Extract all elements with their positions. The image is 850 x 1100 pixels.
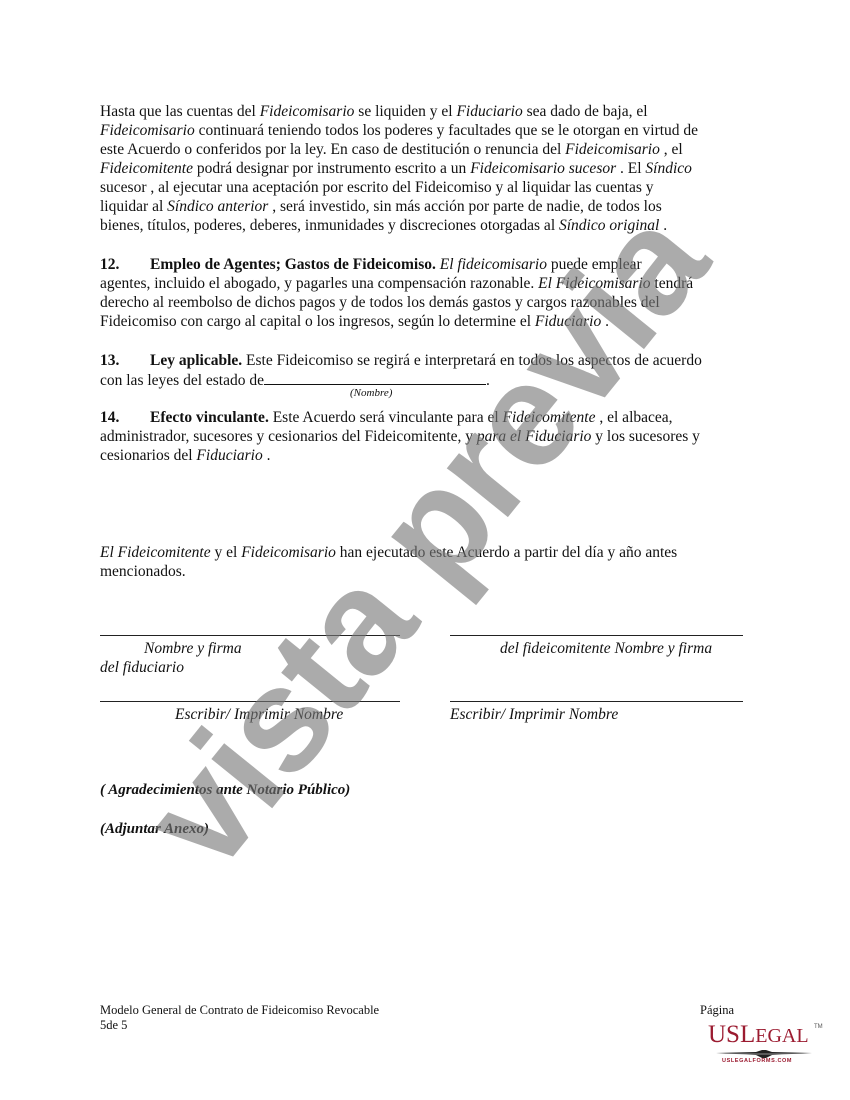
- text-line: El Fideicomitente y el Fideicomisario ha…: [100, 543, 750, 562]
- section-number: 12.: [100, 255, 150, 274]
- text-line: mencionados.: [100, 562, 750, 581]
- logo-url: USLEGALFORMS.COM: [722, 1058, 792, 1064]
- text-line: Hasta que las cuentas del Fideicomisario…: [100, 102, 750, 121]
- section-number: 13.: [100, 351, 150, 370]
- trustee-signature-label: Nombre y firma: [144, 639, 242, 658]
- trademark-mark: TM: [814, 1024, 823, 1030]
- settlor-signature-line[interactable]: [450, 635, 743, 636]
- text-line: liquidar al Síndico anterior , será inve…: [100, 197, 750, 216]
- state-name-blank[interactable]: [264, 370, 486, 385]
- uslegal-logo[interactable]: USLEGAL TM USLEGALFORMS.COM: [704, 1022, 824, 1068]
- text-line: 12.Empleo de Agentes; Gastos de Fideicom…: [100, 255, 750, 274]
- section-number: 14.: [100, 408, 150, 427]
- state-name-note: (Nombre): [350, 387, 392, 399]
- text-line: 14.Efecto vinculante. Este Acuerdo será …: [100, 408, 750, 427]
- logo-wordmark: USLEGAL: [708, 1022, 809, 1049]
- text-line: 13.Ley aplicable. Este Fideicomiso se re…: [100, 351, 750, 370]
- settlor-print-name-label: Escribir/ Imprimir Nombre: [450, 705, 618, 724]
- eagle-wings-icon: [716, 1050, 812, 1058]
- trustee-signature-line[interactable]: [100, 635, 400, 636]
- text-line: derecho al reembolso de dichos pagos y d…: [100, 293, 750, 312]
- text-line: Fideicomisario continuará teniendo todos…: [100, 121, 750, 140]
- section-heading: Empleo de Agentes; Gastos de Fideicomiso…: [150, 256, 436, 273]
- text-line: agentes, incluido el abogado, y pagarles…: [100, 274, 750, 293]
- section-12-agents-expenses: 12.Empleo de Agentes; Gastos de Fideicom…: [100, 255, 750, 331]
- text-line: Fideicomitente podrá designar por instru…: [100, 159, 750, 178]
- trustee-print-name-line[interactable]: [100, 701, 400, 702]
- footer: Modelo General de Contrato de Fideicomis…: [100, 1003, 379, 1033]
- footer-page-of: 5de 5: [100, 1018, 379, 1033]
- text-line: sucesor , al ejecutar una aceptación por…: [100, 178, 750, 197]
- text-line: cesionarios del Fiduciario .: [100, 446, 750, 465]
- footer-page-label: Página: [700, 1003, 734, 1018]
- document-page: Hasta que las cuentas del Fideicomisario…: [0, 0, 850, 1100]
- footer-title: Modelo General de Contrato de Fideicomis…: [100, 1003, 379, 1018]
- text-line: con las leyes del estado de.: [100, 370, 750, 390]
- section-heading: Efecto vinculante.: [150, 409, 269, 426]
- section-13-governing-law: 13.Ley aplicable. Este Fideicomiso se re…: [100, 351, 750, 390]
- intro-paragraph: Hasta que las cuentas del Fideicomisario…: [100, 102, 750, 235]
- attach-exhibit-note: (Adjuntar Anexo): [100, 821, 209, 838]
- section-14-binding-effect: 14.Efecto vinculante. Este Acuerdo será …: [100, 408, 750, 465]
- text-line: Fideicomiso con cargo al capital o los i…: [100, 312, 750, 331]
- trustee-signature-label-2: del fiduciario: [100, 658, 184, 677]
- text-line: este Acuerdo o conferidos por la ley. En…: [100, 140, 750, 159]
- settlor-print-name-line[interactable]: [450, 701, 743, 702]
- text-line: bienes, títulos, poderes, deberes, inmun…: [100, 216, 750, 235]
- text-line: administrador, sucesores y cesionarios d…: [100, 427, 750, 446]
- closing-paragraph: El Fideicomitente y el Fideicomisario ha…: [100, 543, 750, 581]
- notary-acknowledgment-note: ( Agradecimientos ante Notario Público): [100, 782, 350, 799]
- trustee-print-name-label: Escribir/ Imprimir Nombre: [175, 705, 343, 724]
- settlor-signature-label: del fideicomitente Nombre y firma: [500, 639, 712, 658]
- section-heading: Ley aplicable.: [150, 352, 242, 369]
